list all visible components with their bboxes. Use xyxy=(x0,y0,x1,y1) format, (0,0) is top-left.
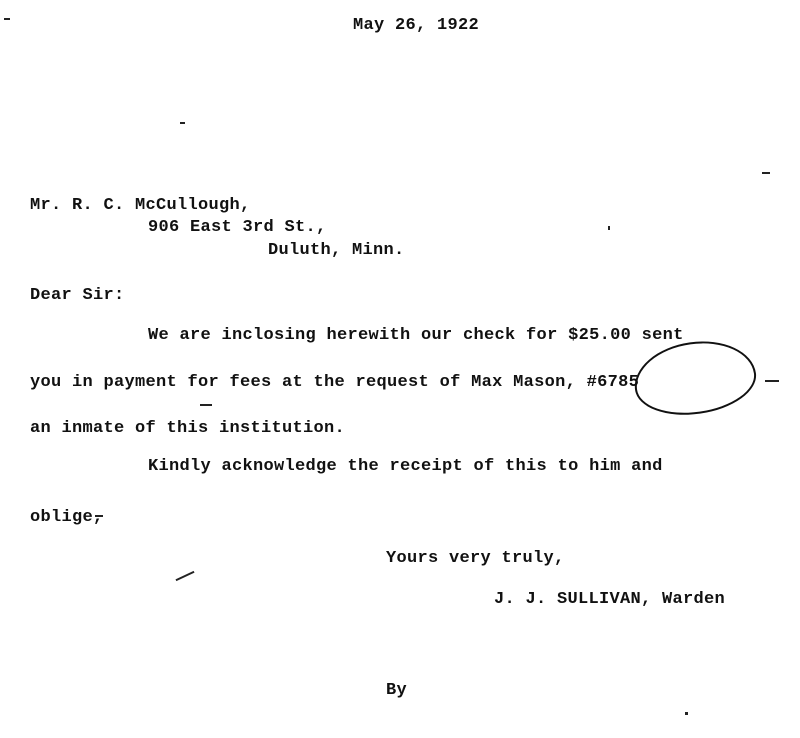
recipient-name: Mr. R. C. McCullough, xyxy=(30,196,251,216)
recipient-street: 906 East 3rd St., xyxy=(148,218,327,238)
body-line-4: Kindly acknowledge the receipt of this t… xyxy=(148,457,663,477)
recipient-city: Duluth, Minn. xyxy=(268,241,405,261)
salutation: Dear Sir: xyxy=(30,286,125,306)
signature: J. J. SULLIVAN, Warden xyxy=(494,590,725,610)
body-line-3: an inmate of this institution. xyxy=(30,419,345,439)
scan-speck xyxy=(176,571,195,581)
scan-speck xyxy=(200,404,212,406)
scan-speck xyxy=(4,18,10,20)
body-line-5: oblige, xyxy=(30,508,104,528)
by-line: By xyxy=(386,681,407,701)
scan-speck xyxy=(765,380,779,382)
scan-speck xyxy=(685,712,688,715)
body-line-1: We are inclosing herewith our check for … xyxy=(148,326,684,346)
scan-speck xyxy=(95,515,103,517)
handwritten-circle-annotation xyxy=(630,334,761,422)
body-line-2: you in payment for fees at the request o… xyxy=(30,373,639,393)
scan-speck xyxy=(180,122,185,124)
closing: Yours very truly, xyxy=(386,549,565,569)
scan-speck xyxy=(762,172,770,174)
scan-speck xyxy=(608,226,610,230)
letter-date: May 26, 1922 xyxy=(353,16,479,36)
